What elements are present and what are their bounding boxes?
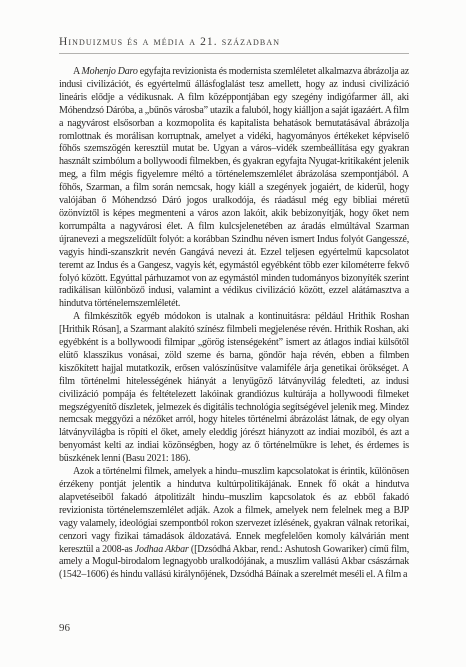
film-title-italic: Jodhaa Akbar <box>135 544 189 555</box>
film-title-italic: Mohenjo Daro <box>82 66 138 77</box>
book-page: Hinduizmus és a média a 21. században A … <box>0 0 466 667</box>
page-body: A Mohenjo Daro egyfajta revizionista és … <box>59 66 409 622</box>
body-text: Azok a történelmi filmek, amelyek a hind… <box>59 466 409 554</box>
running-header-title: Hinduizmus és a média a 21. században <box>59 36 280 48</box>
body-text: egyfajta revizionista és modernista szem… <box>59 66 409 309</box>
body-text: A filmkészítők egyéb módokon is utalnak … <box>59 311 409 464</box>
paragraph: A filmkészítők egyéb módokon is utalnak … <box>59 311 409 466</box>
running-header: Hinduizmus és a média a 21. században <box>59 36 409 54</box>
paragraph: Azok a történelmi filmek, amelyek a hind… <box>59 466 409 582</box>
body-text: A <box>73 66 82 77</box>
page-number: 96 <box>59 622 70 634</box>
paragraph: A Mohenjo Daro egyfajta revizionista és … <box>59 66 409 311</box>
